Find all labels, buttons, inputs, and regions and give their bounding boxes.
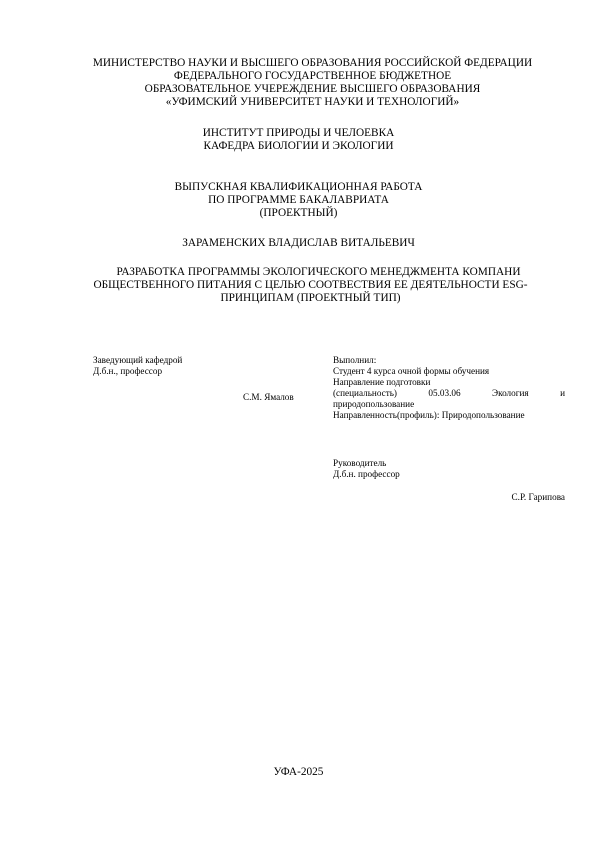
supervisor-block: Руководитель Д.б.н. профессор: [333, 458, 400, 480]
title-page: МИНИСТЕРСТВО НАУКИ И ВЫСШЕГО ОБРАЗОВАНИЯ…: [0, 0, 595, 841]
student-info: Студент 4 курса очной формы обучения: [333, 366, 565, 377]
profile-line: Направленность(профиль): Природопользова…: [333, 410, 565, 421]
supervisor-role: Руководитель: [333, 458, 400, 469]
department-name: КАФЕДРА БИОЛОГИИ И ЭКОЛОГИИ: [0, 140, 595, 153]
head-degree: Д.б.н., профессор: [93, 366, 182, 377]
institute-name: ИНСТИТУТ ПРИРОДЫ И ЧЕЛОЕВКА: [0, 127, 595, 140]
program-line: ПО ПРОГРАММЕ БАКАЛАВРИАТА: [0, 194, 595, 207]
thesis-title-line-3: ПРИНЦИПАМ (ПРОЕКТНЫЙ ТИП): [0, 292, 595, 305]
thesis-title-line-1: РАЗРАБОТКА ПРОГРАММЫ ЭКОЛОГИЧЕСКОГО МЕНЕ…: [0, 266, 595, 279]
performed-by-block: Выполнил: Студент 4 курса очной формы об…: [333, 355, 565, 421]
city-year: УФА-2025: [0, 766, 595, 779]
direction-label: Направление подготовки: [333, 377, 565, 388]
institution-type-line-2: ОБРАЗОВАТЕЛЬНОЕ УЧЕРЕЖДЕНИЕ ВЫСШЕГО ОБРА…: [0, 83, 595, 96]
head-role: Заведующий кафедрой: [93, 355, 182, 366]
performed-label: Выполнил:: [333, 355, 565, 366]
specialty-code: 05.03.06: [428, 388, 460, 399]
specialty-ecology: Экология: [492, 388, 529, 399]
head-of-department-block: Заведующий кафедрой Д.б.н., профессор: [93, 355, 182, 377]
specialty-continuation: природопользование: [333, 399, 565, 410]
author-name: ЗАРАМЕНСКИХ ВЛАДИСЛАВ ВИТАЛЬЕВИЧ: [0, 237, 595, 250]
specialty-and: и: [560, 388, 565, 399]
university-name: «УФИМСКИЙ УНИВЕРСИТЕТ НАУКИ И ТЕХНОЛОГИЙ…: [0, 96, 595, 109]
head-name: С.М. Ямалов: [243, 392, 294, 403]
work-kind-line: (ПРОЕКТНЫЙ): [0, 207, 595, 220]
specialty-word: (специальность): [333, 388, 397, 399]
institution-type-line: ФЕДЕРАЛЬНОГО ГОСУДАРСТВЕННОЕ БЮДЖЕТНОЕ: [0, 70, 595, 83]
ministry-line: МИНИСТЕРСТВО НАУКИ И ВЫСШЕГО ОБРАЗОВАНИЯ…: [0, 57, 595, 70]
work-type-line: ВЫПУСКНАЯ КВАЛИФИКАЦИОННАЯ РАБОТА: [0, 181, 595, 194]
thesis-title-line-2: ОБЩЕСТВЕННОГО ПИТАНИЯ С ЦЕЛЬЮ СООТВЕСТВИ…: [0, 279, 595, 292]
supervisor-degree: Д.б.н. профессор: [333, 469, 400, 480]
specialty-line: (специальность) 05.03.06 Экология и: [333, 388, 565, 399]
supervisor-name: С.Р. Гарипова: [512, 492, 565, 503]
